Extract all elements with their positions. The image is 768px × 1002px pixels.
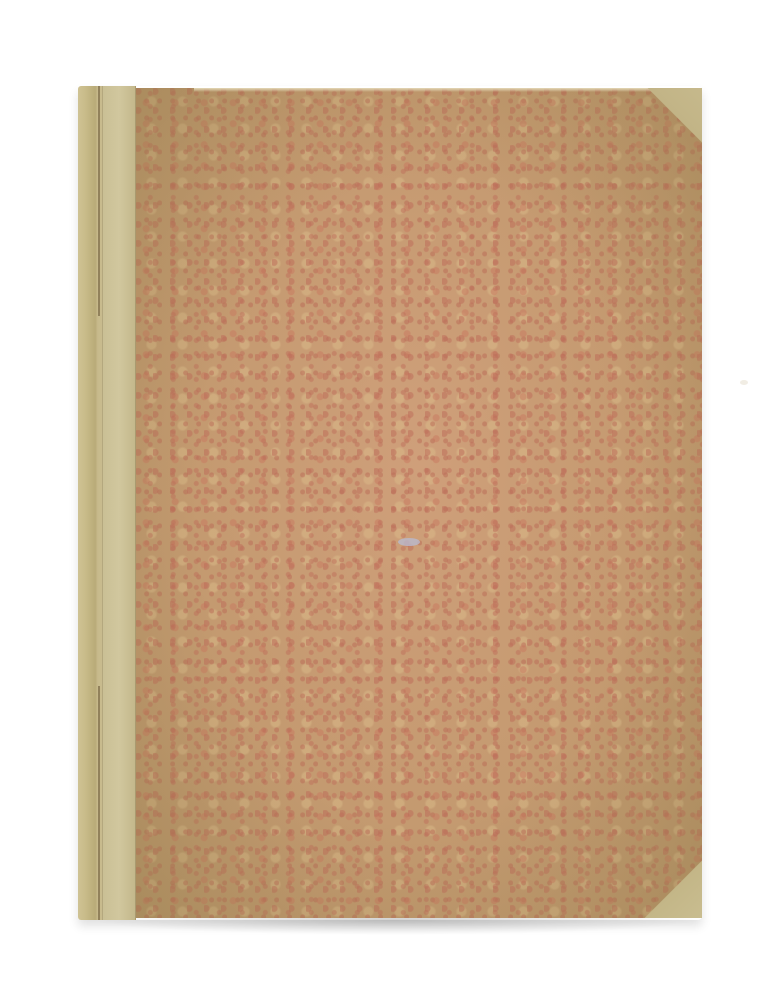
corner-tip-bottom-right — [644, 860, 702, 918]
book-cover — [136, 88, 702, 918]
cover-vignette — [136, 88, 702, 918]
spine-crease — [98, 86, 100, 316]
spine-strip — [102, 86, 136, 920]
cover-scuff-mark — [398, 538, 420, 546]
corner-tip-top-right — [647, 88, 702, 143]
spine-crease — [98, 686, 100, 920]
book-spine — [78, 86, 136, 920]
cover-top-edge — [194, 88, 702, 92]
cover-scuff-mark — [740, 380, 748, 385]
book — [78, 86, 702, 920]
